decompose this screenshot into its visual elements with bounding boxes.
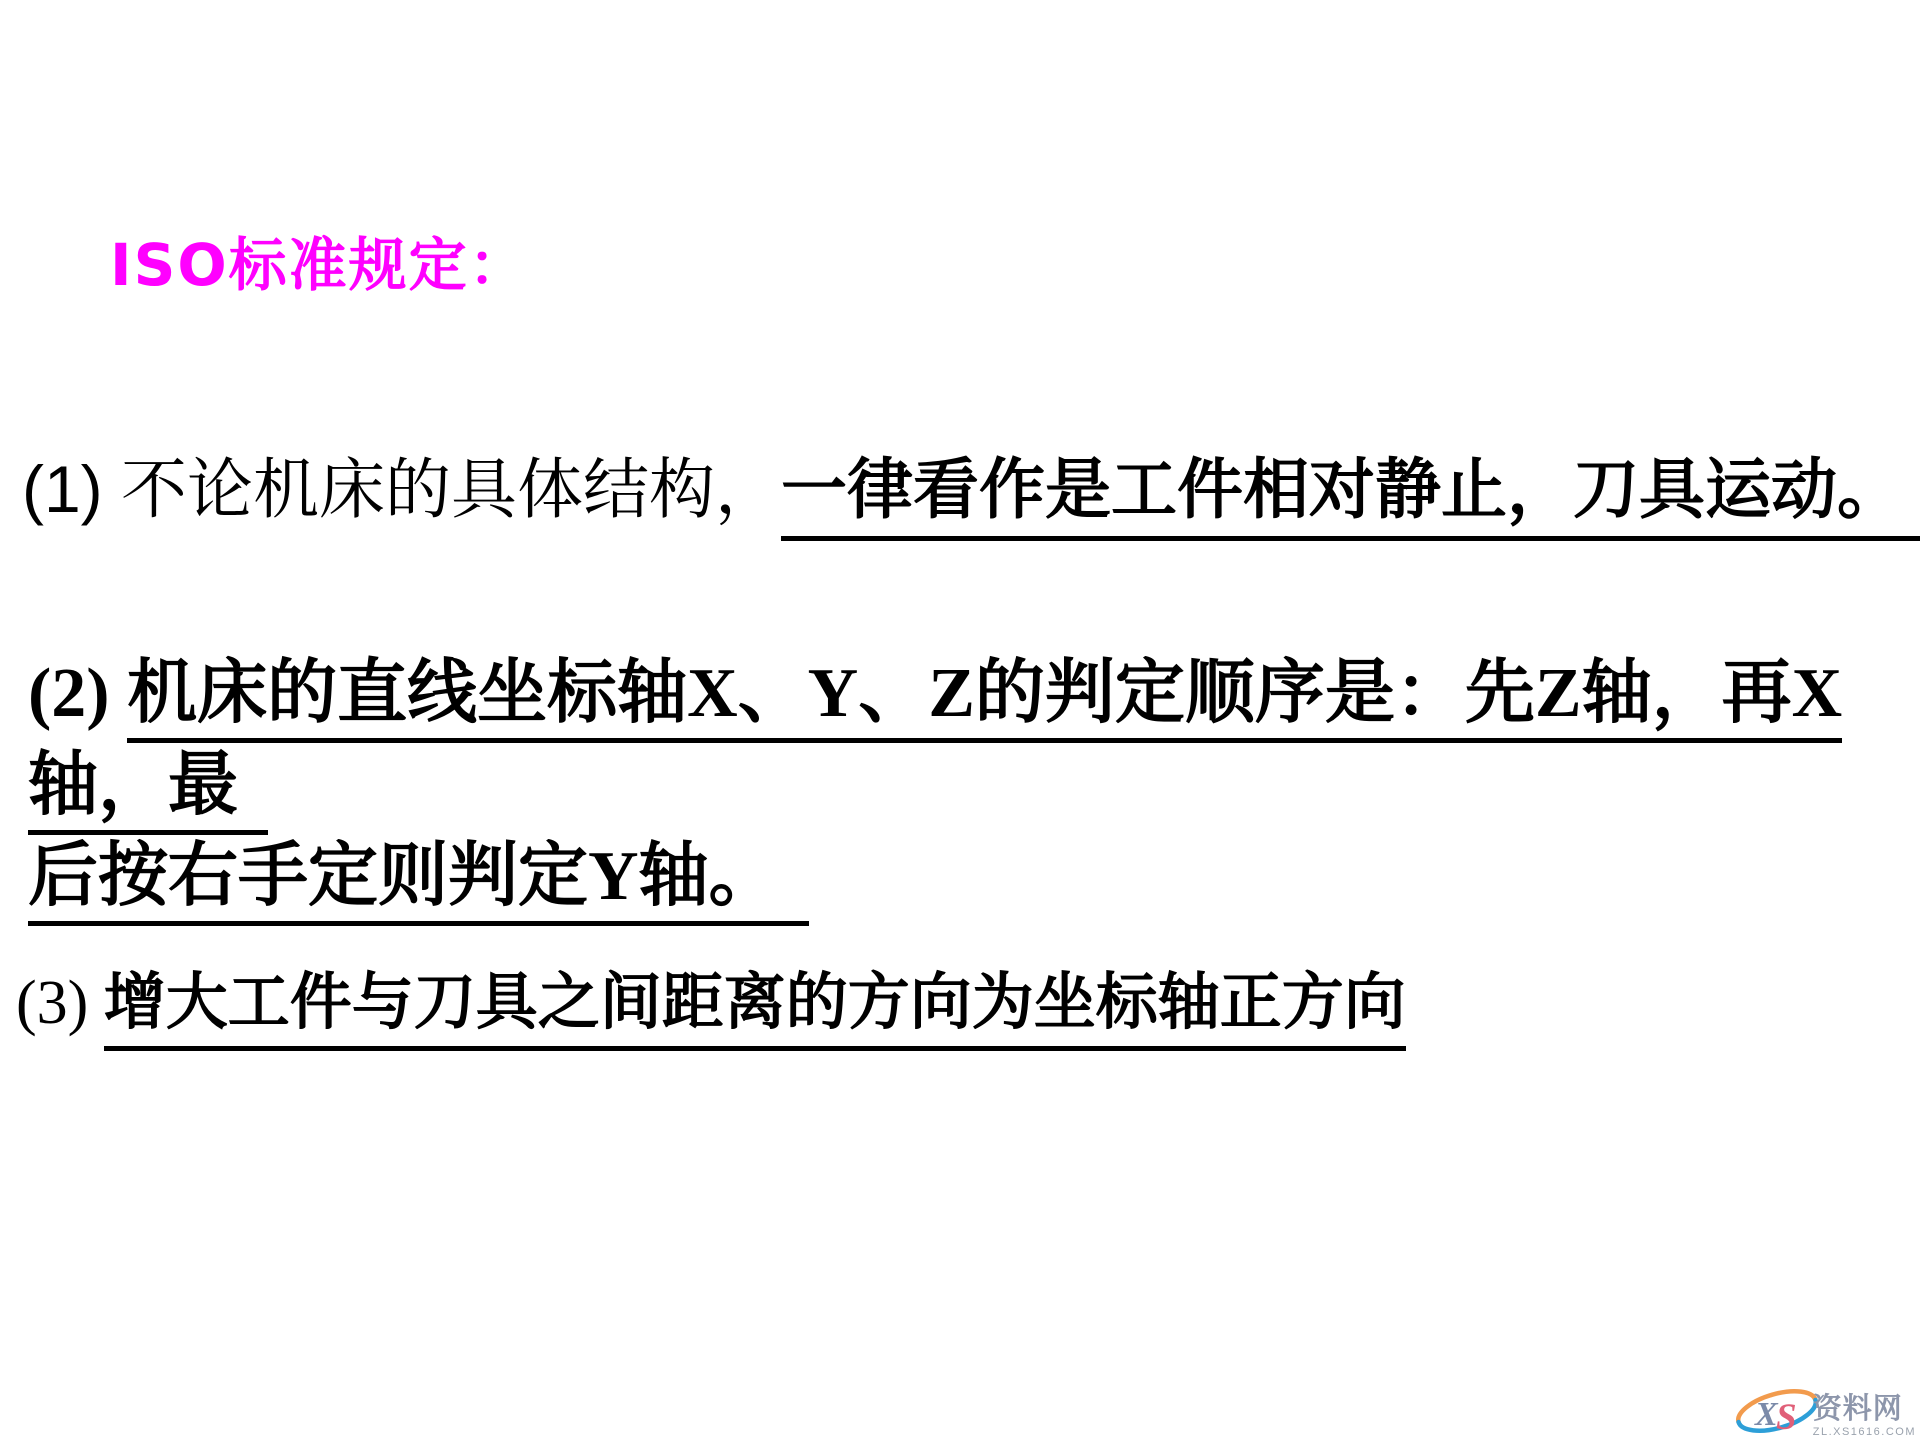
slide-title: ISO标准规定： <box>110 218 529 302</box>
point-2: (2) 机床的直线坐标轴X、Y、Z的判定顺序是：先Z轴，再X轴，最 后按右手定则… <box>28 648 1920 923</box>
logo-letter-s: S <box>1776 1397 1797 1438</box>
point-2-prefix: (2) <box>28 655 127 732</box>
point-1: (1) 不论机床的具体结构，一律看作是工件相对静止，刀具运动。 <box>22 436 1920 531</box>
watermark-text-column: 资料网 ZL.XS1616.COM <box>1813 1395 1916 1438</box>
slide-canvas: ISO标准规定： (1) 不论机床的具体结构，一律看作是工件相对静止，刀具运动。… <box>0 0 1920 1440</box>
point-2-line2-underlined: 后按右手定则判定Y轴。 <box>28 838 809 926</box>
watermark-site-url: ZL.XS1616.COM <box>1813 1427 1916 1438</box>
point-3: (3) 增大工件与刀具之间距离的方向为坐标轴正方向 <box>16 952 1406 1041</box>
point-3-prefix: (3) <box>16 969 104 1037</box>
xs-swoosh-icon: X S <box>1729 1380 1825 1440</box>
watermark-logo: X S 资料网 ZL.XS1616.COM <box>1729 1380 1916 1438</box>
point-3-text-underlined: 增大工件与刀具之间距离的方向为坐标轴正方向 <box>104 969 1406 1051</box>
point-2-line1-underlined: 机床的直线坐标轴X、Y、Z的判定顺序是：先Z轴，再X轴，最 <box>28 655 1842 835</box>
watermark-site-name: 资料网 <box>1813 1395 1903 1424</box>
point-1-emphasis-underlined: 一律看作是工件相对静止，刀具运动。 <box>781 452 1920 541</box>
point-1-prefix: (1) 不论机床的具体结构， <box>22 452 781 526</box>
